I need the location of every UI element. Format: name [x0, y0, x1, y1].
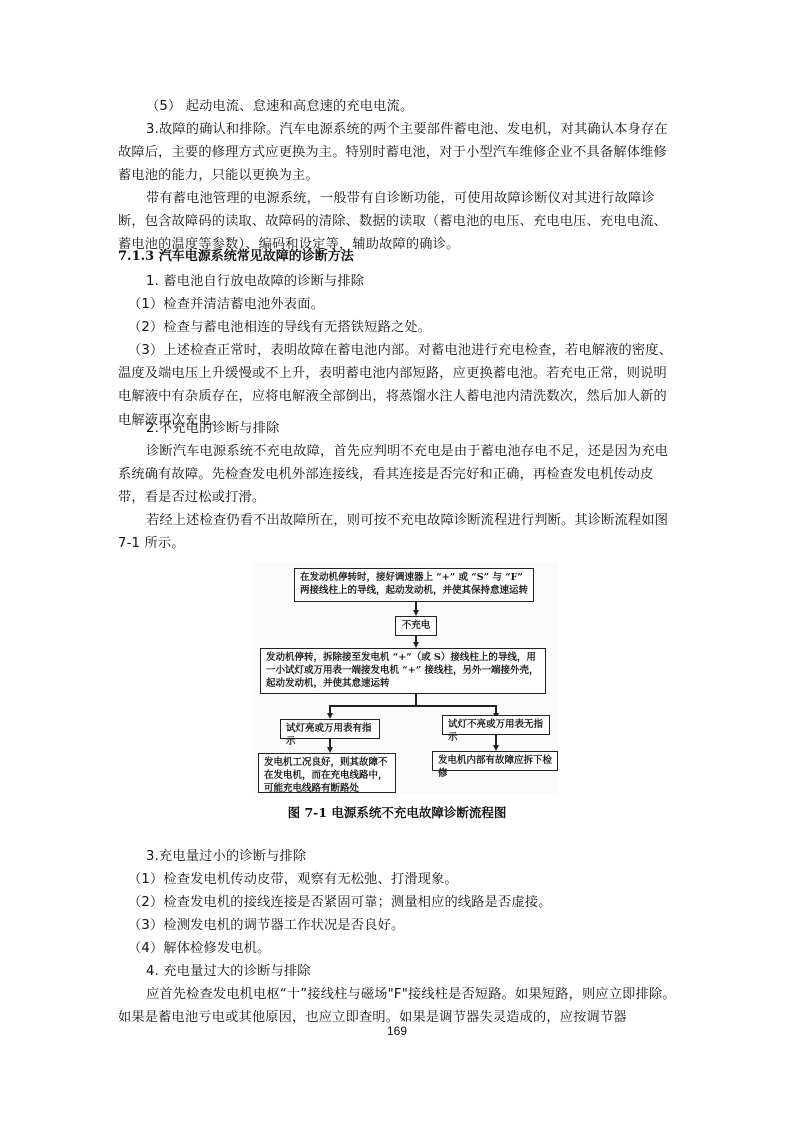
list-item: （2）检查发电机的接线连接是否紧固可靠；测量相应的线路是否虚接。 [128, 891, 690, 914]
connector-line [329, 705, 495, 707]
flow-node-no-charge: 不充电 [395, 616, 437, 636]
flow-node-lamp-on: 试灯亮或万用表有指示 [280, 719, 380, 739]
subsection-title-3: 3.充电量过小的诊断与排除 [118, 845, 680, 868]
paragraph-fault-confirmation: 3.故障的确认和排除。汽车电源系统的两个主要部件蓄电池、发电机，对其确认本身存在… [118, 118, 680, 188]
flow-node-fault-in-circuit: 发电机工况良好，则其故障不在发电机，而在充电线路中，可能充电线路有断路处 [258, 753, 396, 793]
paragraph-figure-ref: 若经上述检查仍看不出故障所在，则可按不充电故障诊断流程进行判断。其诊断流程如图 … [118, 509, 680, 555]
flowchart-figure: 在发动机停转时，接好调速器上 “+” 或 “S” 与 “F” 两接线柱上的导线，… [252, 562, 558, 794]
paragraph-item-5: （5） 起动电流、怠速和高怠速的充电电流。 [118, 95, 680, 118]
section-heading: 7.1.3 汽车电源系统常见故障的诊断方法 [118, 247, 354, 267]
flow-node-start: 在发动机停转时，接好调速器上 “+” 或 “S” 与 “F” 两接线柱上的导线，… [294, 568, 534, 602]
subsection-title-4: 4. 充电量过大的诊断与排除 [118, 960, 680, 983]
list-item: （1）检查并清洁蓄电池外表面。 [128, 293, 690, 316]
subsection-title-1: 1. 蓄电池自行放电故障的诊断与排除 [118, 270, 680, 293]
subsection-title-2: 2.不充电的诊断与排除 [118, 417, 680, 440]
flow-node-generator-fault: 发电机内部有故障应拆下检修 [432, 751, 558, 771]
paragraph-no-charge: 诊断汽车电源系统不充电故障，首先应判明不充电是由于蓄电池存电不足，还是因为充电系… [118, 440, 680, 510]
page-number: 169 [0, 1024, 794, 1038]
flow-node-lamp-off: 试灯不亮或万用表无指示 [442, 715, 550, 735]
document-page: （5） 起动电流、怠速和高怠速的充电电流。 3.故障的确认和排除。汽车电源系统的… [0, 0, 794, 1123]
paragraph-overcharge: 应首先检查发电机电枢“十”接线柱与磁场"F"接线柱是否短路。如果短路，则应立即排… [118, 983, 680, 1029]
list-item: （1）检查发电机传动皮带，观察有无松弛、打滑现象。 [128, 868, 690, 891]
figure-caption: 图 7-1 电源系统不充电故障诊断流程图 [0, 803, 794, 821]
flow-node-test: 发动机停转，拆除接至发电机 “+”（或 S）接线柱上的导线，用一小试灯或万用表一… [260, 648, 546, 694]
list-item: （4）解体检修发电机。 [128, 937, 690, 960]
list-item: （2）检查与蓄电池相连的导线有无搭铁短路之处。 [128, 316, 690, 339]
list-item: （3）检测发电机的调节器工作状况是否良好。 [128, 914, 690, 937]
